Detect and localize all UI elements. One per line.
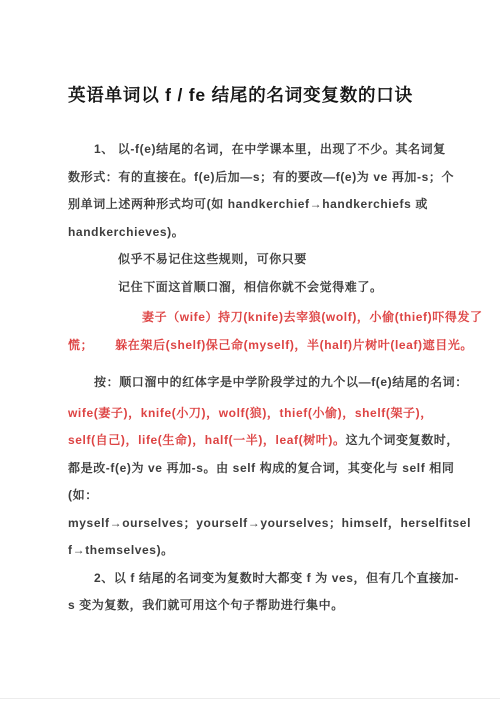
note-red-line1-text: wife(妻子)，knife(小刀)，wolf(狼)，thief(小偷)，she… — [68, 406, 433, 420]
page-bottom-divider — [0, 698, 500, 699]
para1-line3: 别单词上述两种形式均可(如 handkerchief→handkerchiefs… — [68, 191, 440, 219]
rhyme-line2: 慌；躲在架后(shelf)保己命(myself)，半(half)片树叶(leaf… — [68, 332, 440, 360]
note-mixed-line: self(自己)，life(生命)，half(一半)，leaf(树叶)。这九个词… — [68, 427, 440, 455]
note-red-line2-text: self(自己)，life(生命)，half(一半)，leaf(树叶)。 — [68, 433, 346, 447]
rhyme-line1-text: 妻子（wife）持刀(knife)去宰狼(wolf)，小偷(thief)吓得发了 — [142, 310, 483, 324]
note-line6: f→themselves)。 — [68, 537, 440, 565]
rhyme-line2-rest: 躲在架后(shelf)保己命(myself)，半(half)片树叶(leaf)遮… — [115, 338, 473, 352]
lead-line2: 记住下面这首顺口溜，相信你就不会觉得难了。 — [68, 274, 440, 302]
note-intro-line: 按：顺口溜中的红体字是中学阶段学过的九个以—f(e)结尾的名词： — [68, 369, 440, 397]
para2-line2: s 变为复数，我们就可用这个句子帮助进行集中。 — [68, 592, 440, 620]
page-title: 英语单词以 f / fe 结尾的名词变复数的口诀 — [68, 84, 440, 106]
rhyme-line2-head: 慌； — [68, 338, 93, 352]
document-page: 英语单词以 f / fe 结尾的名词变复数的口诀 1、 以-f(e)结尾的名词，… — [0, 0, 500, 706]
note-red-line1: wife(妻子)，knife(小刀)，wolf(狼)，thief(小偷)，she… — [68, 400, 440, 428]
rhyme-line1: 妻子（wife）持刀(knife)去宰狼(wolf)，小偷(thief)吓得发了 — [68, 304, 440, 332]
para2-line1: 2、以 f 结尾的名词变为复数时大都变 f 为 ves，但有几个直接加- — [68, 565, 440, 593]
document-content: 英语单词以 f / fe 结尾的名词变复数的口诀 1、 以-f(e)结尾的名词，… — [68, 84, 440, 620]
para1-line1: 1、 以-f(e)结尾的名词，在中学课本里，出现了不少。其名词复 — [68, 136, 440, 164]
para1-line4: handkerchieves)。 — [68, 219, 440, 247]
note-line4: (如： — [68, 482, 440, 510]
lead-line1: 似乎不易记住这些规则，可你只要 — [68, 246, 440, 274]
note-line5: myself→ourselves；yourself→yourselves；him… — [68, 510, 440, 538]
para1-line2: 数形式：有的直接在。f(e)后加—s；有的要改—f(e)为 ve 再加-s；个 — [68, 164, 440, 192]
note-line3: 都是改-f(e)为 ve 再加-s。由 self 构成的复合词，其变化与 sel… — [68, 455, 440, 483]
note-black-continuation: 这九个词变复数时， — [346, 433, 459, 447]
